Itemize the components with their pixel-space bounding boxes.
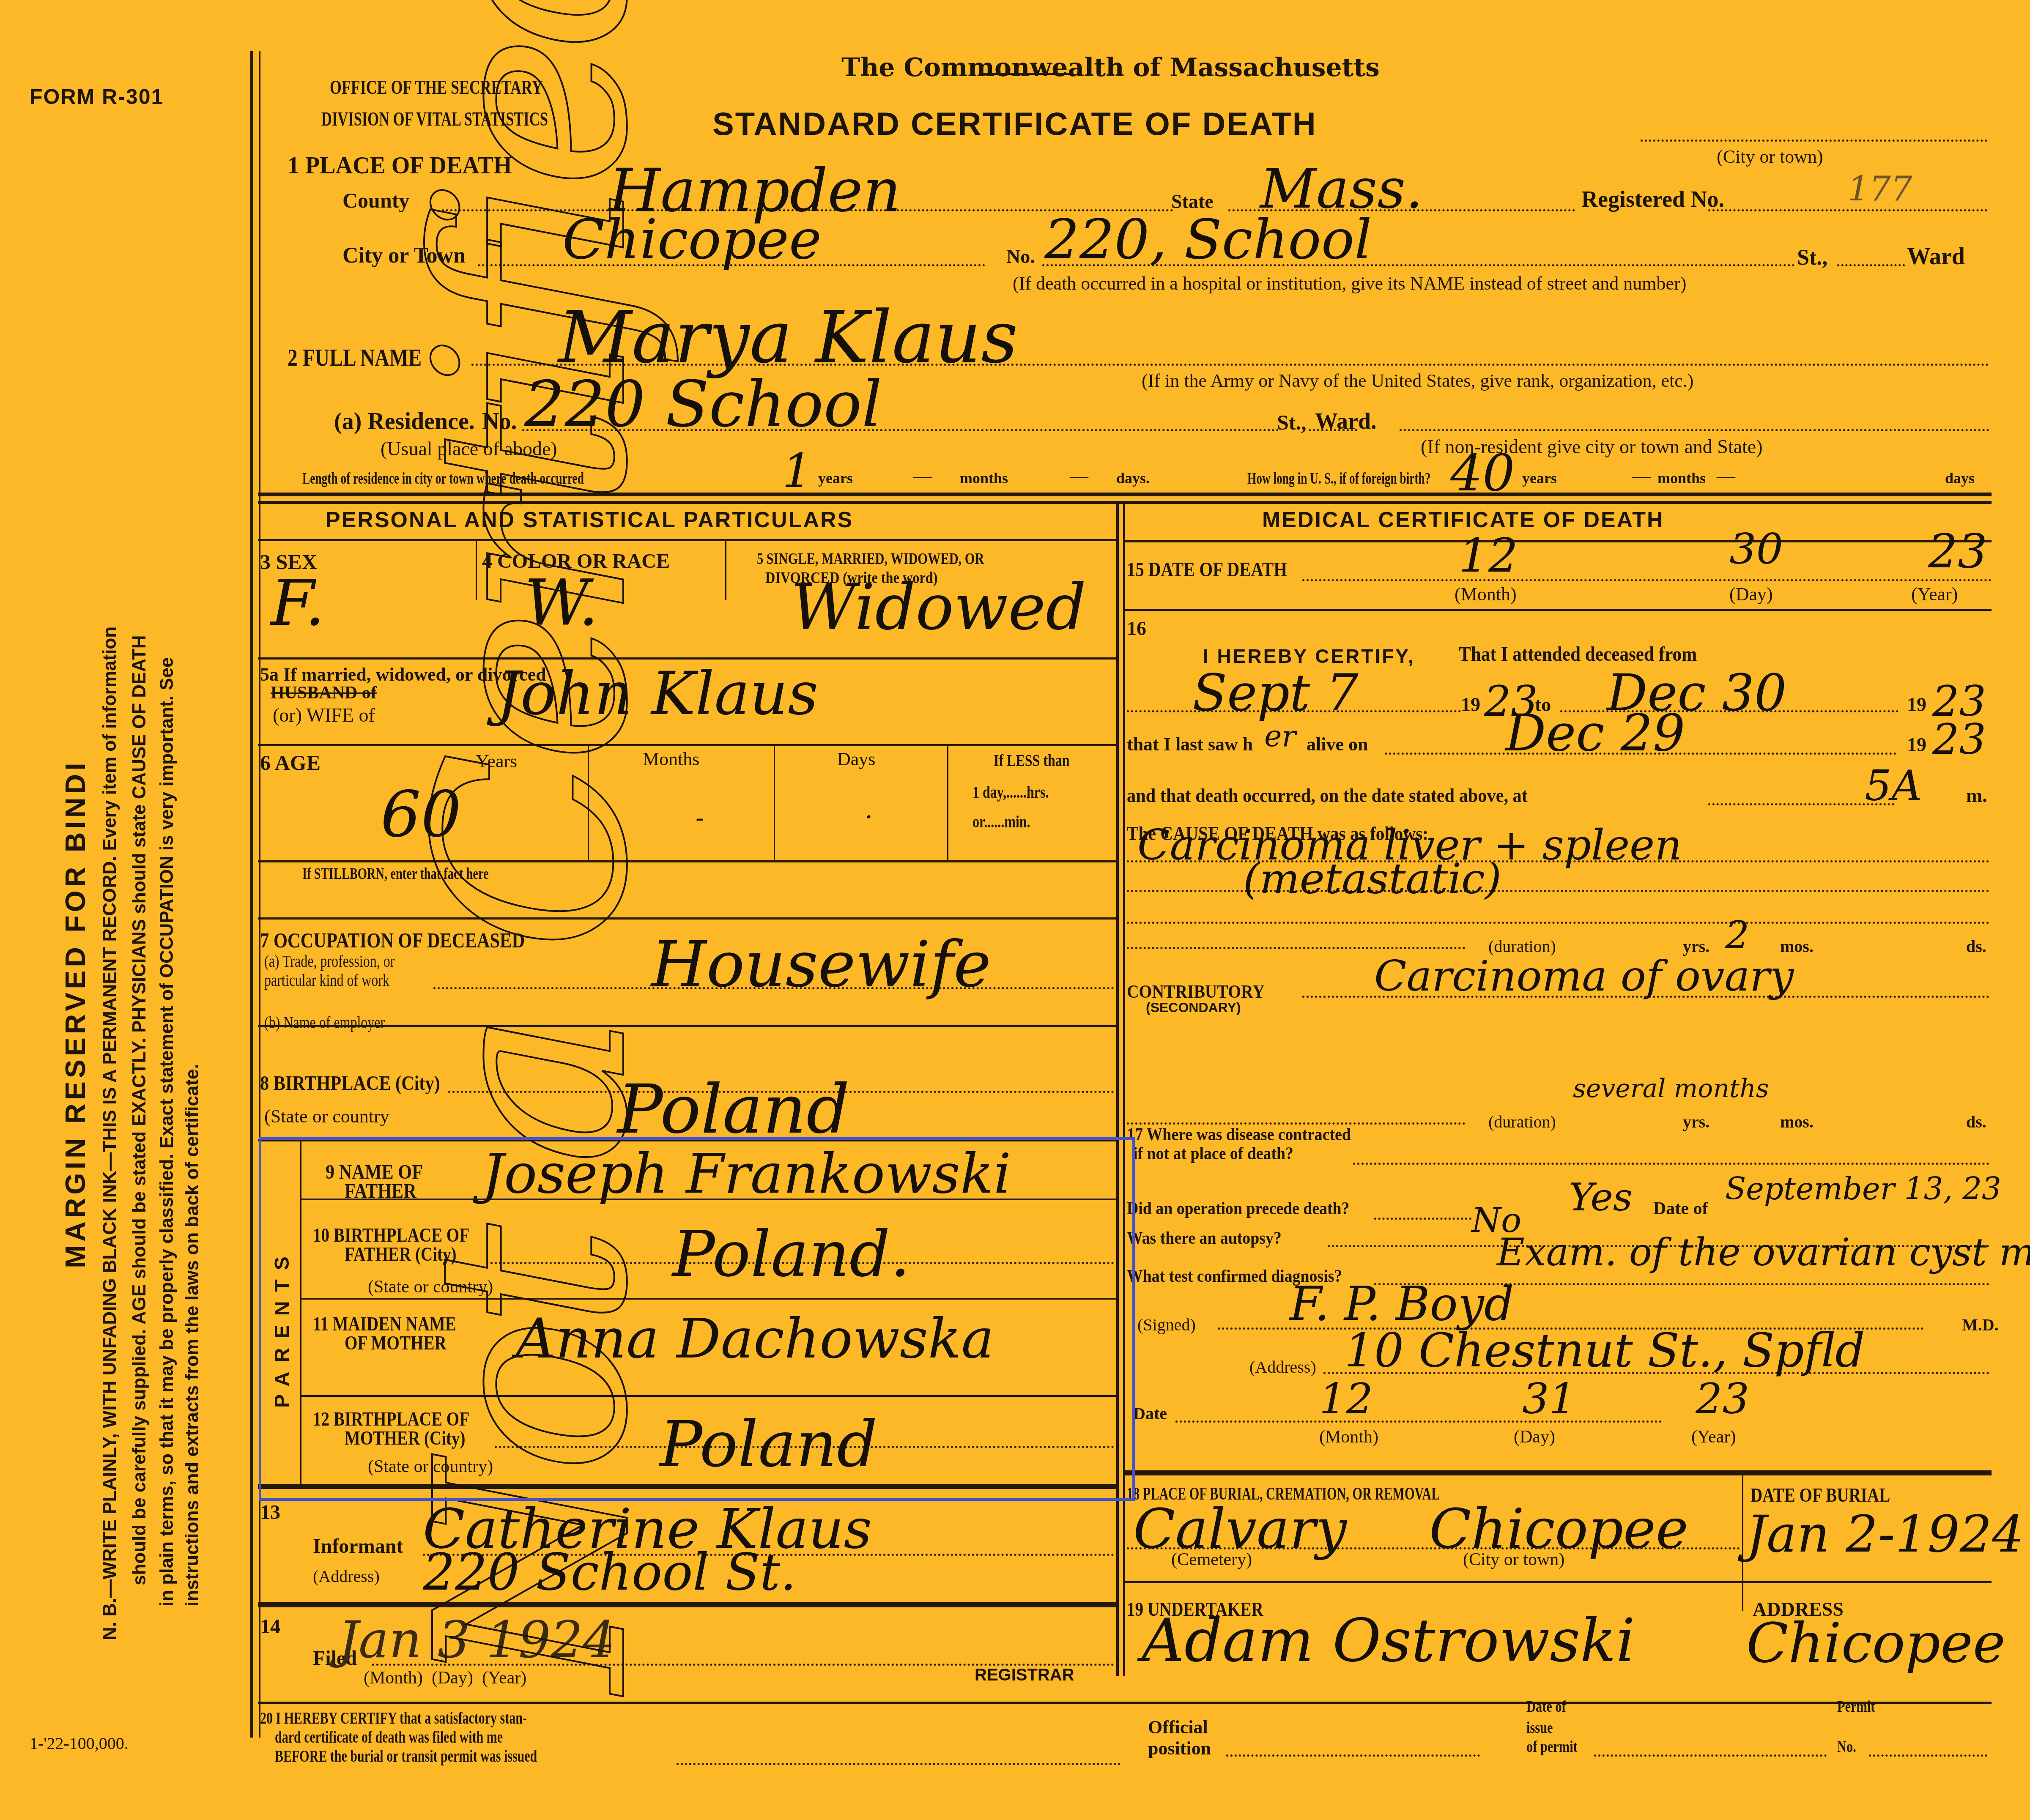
last-saw-label-1: that I last saw h [1127,733,1253,755]
hospital-note: (If death occurred in a hospital or inst… [1013,273,1686,294]
med-address-value[interactable]: 10 Chestnut St., Spfld [1345,1323,1865,1377]
residence-st-label: St., [1277,410,1306,435]
certify20-line [677,1763,1120,1765]
item-16: 16 [1127,617,1146,640]
us-years-label: years [1522,469,1557,487]
title-rule [983,73,1070,75]
div-days-less [947,746,948,860]
death-time-suffix: m. [1966,784,1987,807]
rule-bottom [258,1702,1992,1704]
sex-value[interactable]: F. [271,567,325,640]
permit-line [1869,1754,1987,1757]
test-value[interactable]: Exam. of the ovarian cyst malignant [1497,1230,2030,1275]
burial-date-value[interactable]: Jan 2-1924 [1746,1505,2024,1564]
less-than-3: or......min. [973,812,1030,832]
age-months-value[interactable]: - [696,803,704,833]
contributory-value[interactable]: Carcinoma of ovary [1374,951,1794,1001]
residence-ward-label: Ward. [1315,408,1377,434]
certify20-line-3: BEFORE the burial or transit permit was … [275,1746,537,1766]
us-months: — [1632,465,1651,487]
death-year[interactable]: 23 [1928,524,1987,578]
parents-selection-box[interactable] [259,1137,1135,1501]
contributory-label: CONTRIBUTORY [1127,981,1265,1002]
length-years-label: years [818,469,853,487]
undertaker-value[interactable]: Adam Ostrowski [1142,1607,1635,1675]
marital-value[interactable]: Widowed [791,571,1086,644]
death-time-label: and that death occurred, on the date sta… [1127,784,1528,807]
age-days-value[interactable]: . [865,795,873,824]
duration-yrs-2: yrs. [1683,1112,1709,1132]
signed-label: (Signed) [1137,1315,1196,1335]
last-saw-her[interactable]: er [1264,719,1296,753]
death-month[interactable]: 12 [1459,528,1518,583]
operation-value[interactable]: Yes [1569,1175,1633,1220]
ward-label: Ward [1907,243,1965,270]
cert-month-hint: (Month) [1319,1427,1378,1447]
print-run: 1-'22-100,000. [30,1733,129,1753]
registrar-label: REGISTRAR [975,1666,1074,1685]
operation-date-value[interactable]: September 13, 23 [1725,1171,2001,1207]
cert-day[interactable]: 31 [1522,1374,1576,1423]
certify-rest: That I attended deceased from [1459,643,1697,666]
to-year-prefix: 19 [1907,693,1926,716]
rule-medical-header [1125,540,1992,542]
last-saw-label-2: alive on [1307,733,1368,755]
death-day[interactable]: 30 [1729,524,1783,574]
death-certificate: FORM R-301 MARGIN RESERVED FOR BINDI N. … [0,0,2030,1820]
md-label: M.D. [1962,1315,1999,1335]
residence-ward-line [1400,429,1989,431]
last-saw-year-prefix: 19 [1907,733,1926,756]
length-days: — [1070,465,1088,487]
undertaker-address-value[interactable]: Chicopee [1746,1611,2005,1675]
length-months-label: months [960,469,1008,487]
secondary-label: (SECONDARY) [1146,1000,1241,1015]
issue-label-2: issue [1526,1719,1553,1737]
issue-label-3: of permit [1526,1738,1578,1756]
rule-after-date [1125,609,1992,611]
length-years[interactable]: 1 [782,444,812,498]
certificate-title: STANDARD CERTIFICATE OF DEATH [712,106,1317,142]
contrib-duration-value[interactable]: several months [1573,1074,1769,1103]
registered-no-label: Registered No. [1581,186,1724,212]
registered-no-value[interactable]: 177 [1848,169,1912,208]
less-than-2: 1 day,......hrs. [973,782,1049,802]
q17-line-1: 17 Where was disease contracted [1127,1125,1351,1145]
less-than-1: If LESS than [994,750,1070,770]
filed-number: 14 [260,1615,280,1638]
us-days: — [1717,465,1735,487]
street-value[interactable]: 220, School [1044,207,1372,271]
death-month-hint: (Month) [1455,583,1517,605]
med-address-label: (Address) [1249,1357,1316,1377]
instructions-line-3: in plain terms, so that it may be proper… [156,657,178,1607]
certify20-line-1: 20 I HEREBY CERTIFY that a satisfactory … [260,1708,527,1728]
registered-no-line [1708,209,1987,211]
city-or-town-hint: (City or town) [1717,146,1823,167]
burial-date-label: DATE OF BURIAL [1751,1484,1890,1506]
permit-label-2: No. [1837,1738,1856,1756]
last-saw-year[interactable]: 23 [1932,714,1986,764]
cert-month[interactable]: 12 [1319,1374,1373,1423]
cause-value-2[interactable]: (metastatic) [1243,854,1501,903]
duration-ds-1: ds. [1966,936,1986,956]
autopsy-label: Was there an autopsy? [1127,1228,1282,1248]
date-of-death-line [1302,579,1992,581]
spouse-label-3: (or) WIFE of [273,704,375,726]
official-label-2: position [1148,1738,1211,1759]
length-months: — [913,465,932,487]
length-days-label: days. [1116,469,1150,487]
cert-day-hint: (Day) [1514,1427,1555,1447]
permit-label-1: Permit [1837,1697,1875,1716]
margin-reserved-label: MARGIN RESERVED FOR BINDI [59,759,91,1268]
last-saw-value[interactable]: Dec 29 [1505,704,1685,763]
spouse-label-2: HUSBAND of [271,683,377,703]
burial-city-hint: (City or town) [1463,1549,1564,1570]
date-of-death-label: 15 DATE OF DEATH [1127,558,1287,581]
us-months-label: months [1657,469,1706,487]
operation-label: Did an operation precede death? [1127,1199,1349,1219]
div-race-marital [725,541,726,600]
death-day-hint: (Day) [1729,583,1773,605]
occupation-sub-b: (b) Name of employer [264,1013,385,1032]
cert-date-line [1175,1420,1662,1423]
instructions-line-1: N. B.—WRITE PLAINLY, WITH UNFADING BLACK… [99,627,121,1640]
marital-label-1: 5 SINGLE, MARRIED, WIDOWED, OR [757,550,984,568]
occupation-value[interactable]: Housewife [651,928,991,1002]
informant-address-label: (Address) [313,1566,380,1586]
duration-label-2: (duration) [1488,1112,1556,1132]
div-months-days [774,746,775,860]
operation-date-label: Date of [1653,1199,1708,1219]
birthplace-sub: (State or country [264,1106,389,1127]
death-time-value[interactable]: 5A [1865,761,1922,810]
operation-line [1374,1218,1471,1220]
q17-line [1353,1163,1989,1165]
occupation-sub-a1: (a) Trade, profession, or [264,951,394,971]
cert-year[interactable]: 23 [1696,1374,1749,1423]
commonwealth-title: The Commonwealth of Massachusetts [841,53,1380,82]
issue-line [1594,1754,1827,1757]
form-number: FORM R-301 [30,85,164,109]
informant-number: 13 [260,1501,280,1524]
cemetery-hint: (Cemetery) [1171,1549,1252,1570]
instructions-line-4: instructions and extracts from the laws … [182,1064,203,1607]
st-label: St., [1797,245,1827,270]
duration-ds-2: ds. [1966,1112,1986,1132]
official-label-1: Official [1148,1716,1208,1738]
issue-label-1: Date of [1526,1697,1566,1716]
certify20-line-2: dard certificate of death was filed with… [275,1727,503,1747]
signed-value[interactable]: F. P. Boyd [1290,1277,1514,1331]
cert-year-hint: (Year) [1691,1427,1736,1447]
death-year-hint: (Year) [1911,583,1958,605]
duration-mos-2: mos. [1780,1112,1814,1132]
duration-line-1 [1127,947,1465,949]
army-note: (If in the Army or Navy of the United St… [1142,370,1693,391]
occupation-sub-a2: particular kind of work [264,970,389,990]
street-no-label: No. [1006,245,1035,268]
cause-line-3 [1127,922,1989,924]
rule-before-burial [1125,1470,1992,1475]
left-border-outer [250,51,253,1738]
from-year-prefix: 19 [1461,693,1480,716]
instructions-line-2: should be carefully supplied. AGE should… [129,635,150,1585]
rule-after-burial [1125,1581,1992,1583]
us-days-label: days [1945,469,1975,487]
cert-date-label: Date [1133,1404,1167,1423]
official-line [1226,1754,1480,1757]
city-or-town-line [1641,140,1987,142]
burial-divider [1742,1475,1743,1611]
q17-line-2: if not at place of death? [1133,1144,1293,1164]
attended-from[interactable]: Sept 7 [1192,664,1359,723]
ward-line [1837,264,1905,266]
us-label: How long in U. S., if of foreign birth? [1247,469,1430,488]
age-days-label: Days [837,748,875,770]
age-label: 6 AGE [260,750,321,775]
